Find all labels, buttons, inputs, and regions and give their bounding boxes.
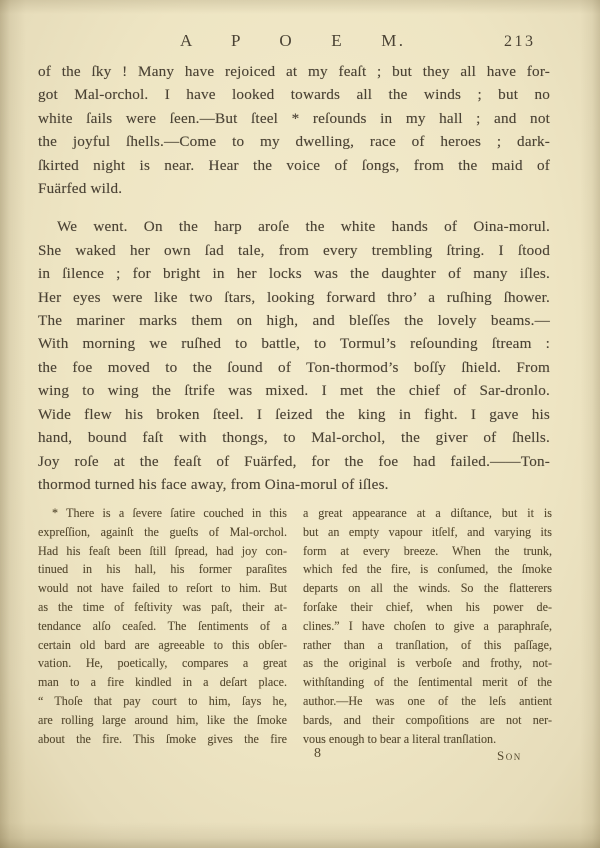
text-line: as the original is verboſe and frothy, n… [303, 654, 552, 673]
text-line: Wide flew his broken ſteel. I ſeized the… [38, 403, 550, 426]
catchword: Son [497, 748, 522, 764]
text-line: She waked her own ſad tale, from every t… [38, 239, 550, 262]
text-line: withſtanding of the ſentimental merit of… [303, 673, 552, 692]
text-line: the foe moved to the ſound of Ton-thormo… [38, 356, 550, 379]
text-line: ſkirted night is near. Hear the voice of… [38, 154, 550, 177]
footnote: * There is a ſevere ſatire couched in th… [38, 504, 552, 748]
footnote-left-column: * There is a ſevere ſatire couched in th… [38, 504, 287, 748]
text-line: of the ſky ! Many have rejoiced at my fe… [38, 60, 550, 83]
text-line: wing to wing the ſtrife was mixed. I met… [38, 379, 550, 402]
text-line: * There is a ſevere ſatire couched in th… [38, 504, 287, 523]
footnote-right-column: a great appearance at a diſtance, but it… [303, 504, 552, 748]
text-line: the joyful ſhells.—Come to my dwelling, … [38, 130, 550, 153]
text-line: white ſails were ſeen.—But ſteel * reſou… [38, 107, 550, 130]
text-line: thormod turned his face away, from Oina-… [38, 473, 550, 496]
text-line: form at every breeze. When the trunk, [303, 542, 552, 561]
text-line: certain old bard are agreeable to this o… [38, 636, 287, 655]
running-title: A P O E M. [180, 31, 405, 51]
text-line: Fuärfed wild. [38, 177, 550, 200]
text-line: The mariner marks them on high, and bleſ… [38, 309, 550, 332]
text-line: vation. He, poetically, compares a great [38, 654, 287, 673]
text-line: bards, and their compoſitions are not ne… [303, 711, 552, 730]
text-line: tendance alſo ceaſed. The ſentiments of … [38, 617, 287, 636]
book-page: A P O E M. 213 of the ſky ! Many have re… [0, 0, 600, 848]
page-number: 213 [504, 33, 536, 51]
text-line: which fed the fire, is conſumed, the ſmo… [303, 560, 552, 579]
text-line: expreſſion, againſt the gueſts of Mal-or… [38, 523, 287, 542]
page-footer: 8 Son [0, 746, 600, 766]
text-line: forſake their chief, when his power de- [303, 598, 552, 617]
paragraph: We went. On the harp aroſe the white han… [38, 215, 550, 496]
text-line: as the time of feſtivity was paſt, their… [38, 598, 287, 617]
text-line: a great appearance at a diſtance, but it… [303, 504, 552, 523]
text-line: got Mal-orchol. I have looked towards al… [38, 83, 550, 106]
text-line: author.—He was one of the leſs antient [303, 692, 552, 711]
text-line: Joy roſe at the feaſt of Fuärfed, for th… [38, 450, 550, 473]
text-line: man to a fire kindled in a deſart place. [38, 673, 287, 692]
text-line: We went. On the harp aroſe the white han… [38, 215, 550, 238]
text-line: departs on all the winds. So the flatter… [303, 579, 552, 598]
text-line: hand, bound faſt with thongs, to Mal-orc… [38, 426, 550, 449]
text-line: “ Thoſe that pay court to him, ſays he, [38, 692, 287, 711]
text-line: clines.” I have choſen to give a paraphr… [303, 617, 552, 636]
text-line: rather than a tranſlation, of this paſſa… [303, 636, 552, 655]
text-line: tinued in his hall, his former paraſites [38, 560, 287, 579]
text-line: Had his feaſt been ſtill ſpread, had joy… [38, 542, 287, 561]
text-line: in ſilence ; for bright in her locks was… [38, 262, 550, 285]
page-header: A P O E M. 213 [0, 31, 600, 53]
paragraph: of the ſky ! Many have rejoiced at my fe… [38, 60, 550, 200]
main-text: of the ſky ! Many have rejoiced at my fe… [38, 60, 550, 496]
text-line: are rolling large around him, like the ſ… [38, 711, 287, 730]
text-line: Her eyes were like two ſtars, looking fo… [38, 286, 550, 309]
text-line: would not have failed to reſort to him. … [38, 579, 287, 598]
text-line: but an empty vapour itſelf, and varying … [303, 523, 552, 542]
signature-mark: 8 [314, 746, 321, 762]
text-line: With morning we ruſhed to battle, to Tor… [38, 332, 550, 355]
